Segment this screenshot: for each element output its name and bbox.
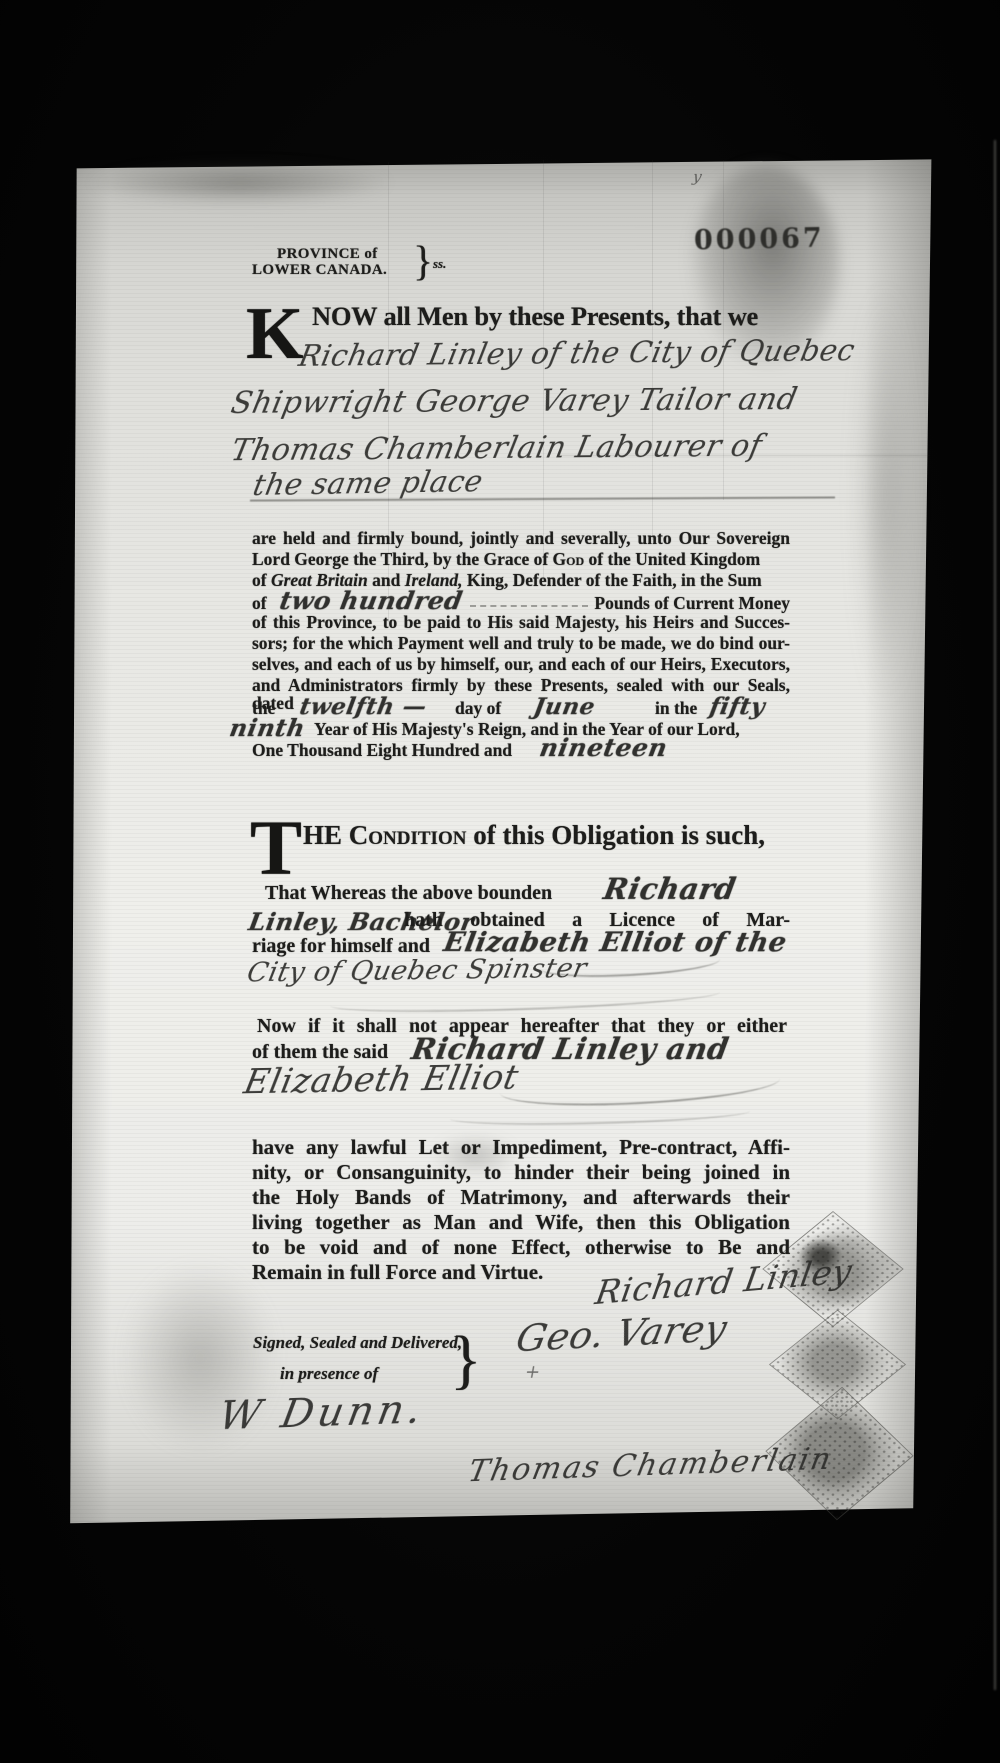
scan-edge-sliver — [994, 140, 996, 1690]
closing-line-4: living together as Man and Wife, then th… — [252, 1212, 790, 1233]
handwritten-party-line4: the same place — [250, 464, 486, 502]
condition-headline-pre: HE — [303, 820, 349, 850]
condition-headline: HE Condition of this Obligation is such, — [303, 822, 765, 849]
bond-line-9: the twelfth — day of June in the fifty — [252, 698, 790, 716]
condition-headline-smallcaps: Condition — [349, 820, 467, 850]
condition-line-4-hand: City of Quebec Spinster — [244, 953, 589, 989]
attestation-brace: } — [450, 1322, 482, 1398]
condition-line-3: riage for himself and Elizabeth Elliot o… — [252, 935, 790, 955]
ss-abbreviation: ss. — [433, 256, 446, 272]
bond-sum-handwritten: two hundred — [277, 586, 465, 615]
handwritten-party-line2: Shipwright George Varey Tailor and — [228, 382, 801, 421]
handwritten-party-line3: Thomas Chamberlain Labourer of — [228, 429, 765, 469]
condition-line-1: That Whereas the above bounden Richard — [252, 882, 790, 902]
condition-line-1-hand: Richard — [601, 872, 739, 906]
bond-line-2: Lord George the Third, by the Grace of G… — [252, 551, 790, 569]
attestation-line-2: in presence of — [280, 1364, 378, 1384]
bond-line-2-post: of the United Kingdom — [584, 549, 760, 569]
bond-year-handwritten: nineteen — [537, 733, 669, 762]
bond-line-9-mid: day of — [455, 698, 501, 719]
condition-line-1-print: That Whereas the above bounden — [265, 882, 552, 905]
condition-line-7-hand: Elizabeth Elliot — [241, 1058, 522, 1103]
closing-line-3: the Holy Bands of Matrimony, and afterwa… — [252, 1187, 790, 1208]
handwritten-party-line1: Richard Linley of the City of Quebec — [296, 333, 858, 373]
dropcap-K: K — [246, 306, 304, 364]
bond-line-4-post: Pounds of Current Money — [594, 593, 790, 614]
bond-line-2-pre: Lord George the Third, by the Grace of — [252, 549, 553, 569]
bond-line-11-pre: One Thousand Eight Hundred and — [252, 740, 512, 761]
bond-regnal-handwritten-1: fifty — [708, 693, 768, 720]
bond-line-10: ninth Year of His Majesty's Reign, and i… — [252, 719, 790, 737]
bond-line-3-pre: of — [252, 570, 271, 590]
bond-line-11: One Thousand Eight Hundred and nineteen — [252, 740, 790, 758]
dropcap-T: T — [250, 818, 302, 879]
closing-line-5: to be void and of none Effect, otherwise… — [252, 1237, 790, 1258]
bond-line-4: of two hundred Pounds of Current Money — [252, 593, 790, 611]
bond-line-4-pre: of — [252, 593, 267, 614]
condition-headline-post: of this Obligation is such, — [466, 820, 765, 850]
bond-regnal-handwritten-2: ninth — [227, 713, 307, 742]
attestation-line-1: Signed, Sealed and Delivered, — [253, 1333, 462, 1353]
closing-line-1: have any lawful Let or Impediment, Pre-c… — [252, 1137, 790, 1158]
bond-line-10-post: Year of His Majesty's Reign, and in the … — [314, 719, 740, 740]
bond-month-handwritten: June — [532, 693, 598, 720]
bond-line-2-smallcaps: God — [553, 549, 585, 569]
closing-line-2: nity, or Consanguinity, to hinder their … — [252, 1162, 790, 1183]
bond-line-3-post: King, Defender of the Faith, in the Sum — [463, 570, 762, 590]
bond-line-7: selves, and each of us by himself, our, … — [252, 656, 790, 674]
bond-line-1: are held and firmly bound, jointly and s… — [252, 530, 790, 548]
serial-number-stamp: 000067 — [694, 223, 825, 256]
signature-witness-dunn: W Dunn. — [215, 1386, 428, 1439]
province-brace: } — [413, 238, 433, 286]
blank-fill-dashes — [470, 593, 588, 607]
bond-line-9-post: in the — [655, 698, 697, 719]
opening-headline: NOW all Men by these Presents, that we — [312, 303, 758, 330]
bond-day-handwritten: twelfth — — [298, 693, 429, 720]
scanned-document-photo: PROVINCE of LOWER CANADA. } ss. 000067 y… — [0, 0, 1000, 1763]
province-label-line1: PROVINCE of — [277, 246, 378, 263]
bond-line-5: of this Province, to be paid to His said… — [252, 614, 790, 632]
province-label-line2: LOWER CANADA. — [252, 262, 387, 279]
bond-line-6: sors; for the which Payment well and tru… — [252, 635, 790, 653]
